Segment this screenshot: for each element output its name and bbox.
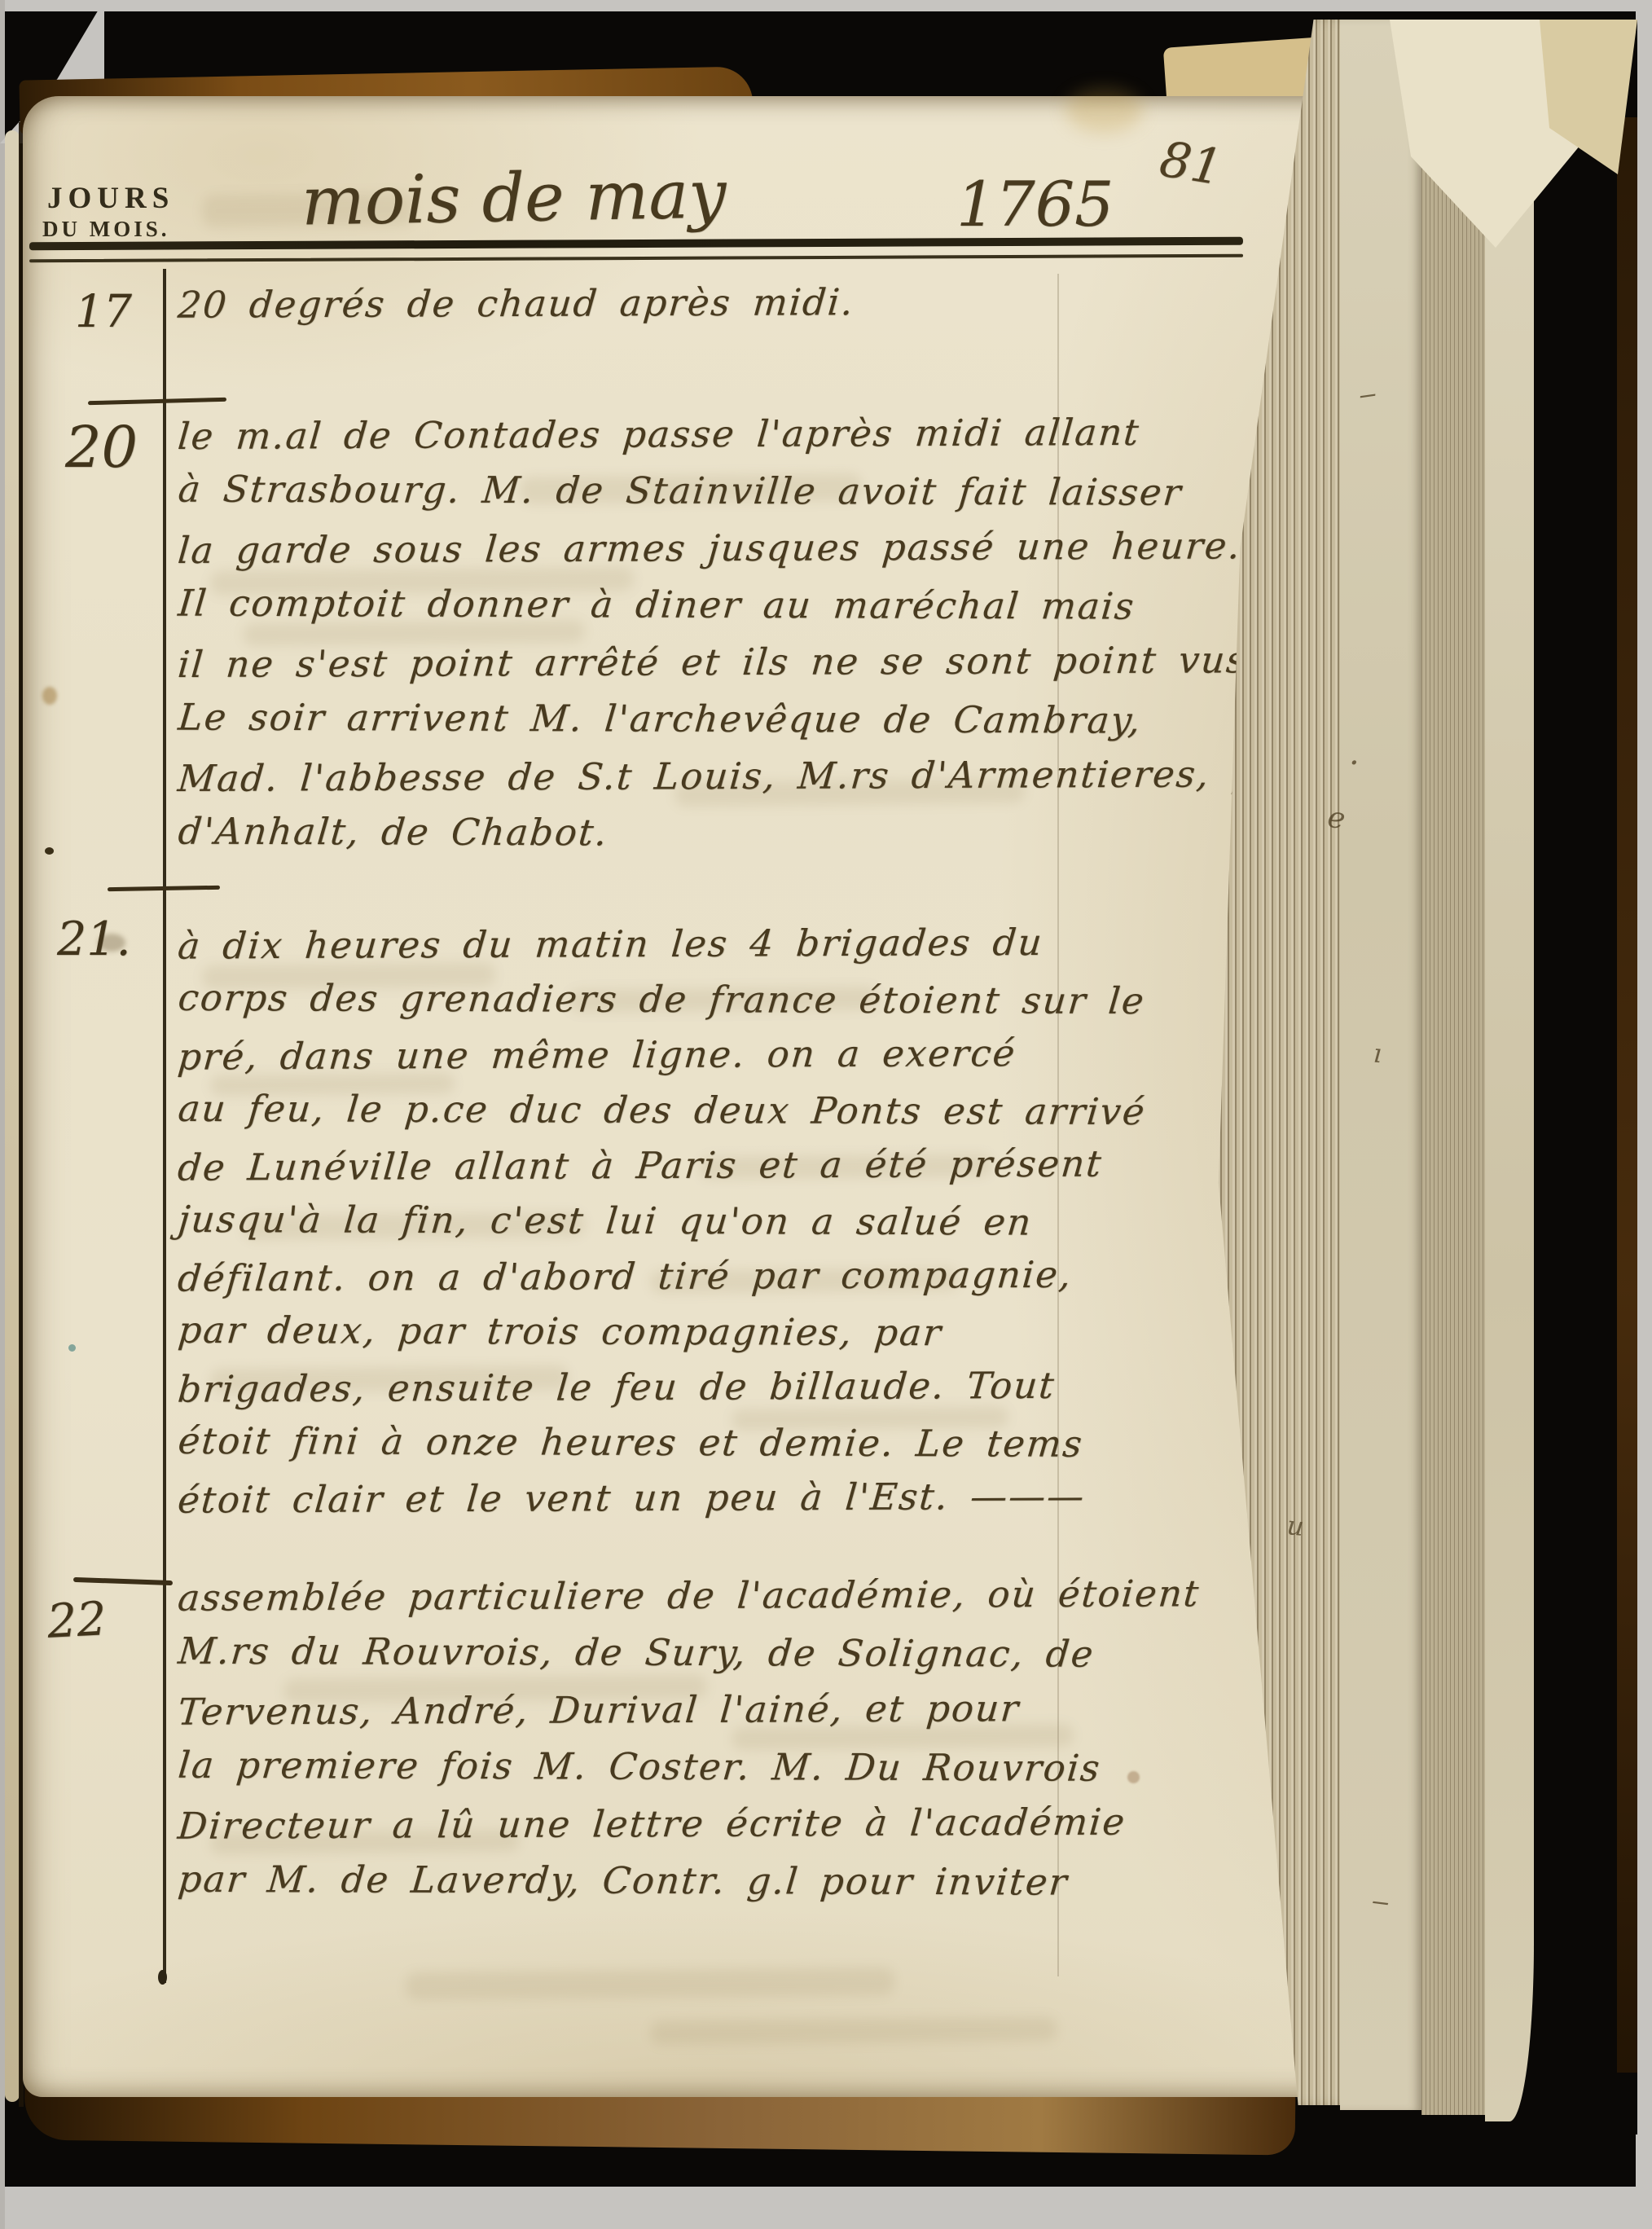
entry-text-line: de Lunéville allant à Paris et a été pré… [175, 1141, 1148, 1201]
bleed-through-mark [406, 1967, 894, 2000]
entry-text-line: à Strasbourg. M. de Stainville avoit fai… [175, 468, 1317, 529]
journal-entry-day-20: le m.al de Contades passe l'après midi a… [178, 412, 1315, 868]
entry-divider-tick [73, 1577, 173, 1585]
ink-speck [45, 847, 54, 855]
month-title: mois de may [301, 156, 727, 240]
entry-text-line: le m.al de Contades passe l'après midi a… [175, 410, 1317, 472]
journal-entry-day-22: assemblée particuliere de l'académie, où… [178, 1574, 1199, 1916]
day-number: 17 [75, 285, 132, 337]
year: 1765 [956, 168, 1114, 240]
stray-ink-mark: · [1349, 745, 1360, 782]
header-double-rule [29, 237, 1243, 263]
entry-text-line: 20 degrés de chaud après midi. [175, 280, 856, 341]
entry-text-line: pré, dans une même ligne. on a exercé [175, 1031, 1148, 1090]
page-number: 81 [1156, 130, 1226, 196]
day-column-vertical-rule [163, 269, 166, 1983]
entry-text-line: la premiere fois M. Coster. M. Du Rouvro… [175, 1743, 1202, 1804]
rule-thin-line [29, 254, 1243, 263]
day-number: 21. [57, 912, 131, 966]
entry-text-line: d'Anhalt, de Chabot. [175, 810, 1317, 871]
entry-text-line: il ne s'est point arrêté et ils ne se so… [175, 638, 1317, 700]
entry-text-line: corps des grenadiers de france étoient s… [175, 976, 1148, 1035]
paper-stain [42, 687, 57, 705]
journal-entry-day-21: à dix heures du matin les 4 brigades duc… [178, 922, 1145, 1532]
scanner-edge-bottom [0, 2187, 1652, 2229]
page-edge-rough-band [1421, 20, 1485, 2115]
entry-text-line: par M. de Laverdy, Contr. g.l pour invit… [175, 1857, 1202, 1918]
outer-sheet-edge [1485, 20, 1534, 2121]
cover-spine-sliver [1617, 117, 1637, 2073]
stray-ink-mark: u [1285, 1510, 1305, 1542]
entry-text-line: au feu, le p.ce duc des deux Ponts est a… [175, 1087, 1148, 1145]
entry-text-line: à dix heures du matin les 4 brigades du [175, 920, 1148, 979]
entry-text-line: Il comptoit donner à diner au maréchal m… [175, 582, 1317, 643]
bleed-through-mark [650, 2016, 1057, 2045]
day-number: 20 [65, 414, 138, 481]
entry-text-line: assemblée particuliere de l'académie, où… [175, 1572, 1202, 1633]
entry-text-line: M.rs du Rouvrois, de Sury, de Solignac, … [175, 1629, 1202, 1690]
entry-text-line: la garde sous les armes jusques passé un… [175, 524, 1317, 586]
entry-text-line: Directeur a lû une lettre écrite à l'aca… [175, 1800, 1202, 1861]
scanned-manuscript-photo: JOURS DU MOIS. mois de may 1765 81 17 20… [0, 0, 1652, 2229]
scanner-edge-top [0, 0, 1652, 11]
entry-text-line: Tervenus, André, Durival l'ainé, et pour [175, 1686, 1202, 1747]
entry-text-line: Le soir arrivent M. l'archevêque de Camb… [175, 696, 1317, 757]
day-column-header-line2: DU MOIS. [42, 217, 170, 242]
blue-speck [68, 1344, 76, 1352]
vertical-rule-ink-blob [158, 1970, 167, 1985]
entry-text-line: jusqu'à la fin, c'est lui qu'on a salué … [175, 1198, 1148, 1256]
journal-entry-day-17: 20 degrés de chaud après midi. [178, 282, 854, 339]
entry-divider-tick [88, 398, 226, 405]
scanner-edge-right [1636, 0, 1652, 2229]
day-column-header-line1: JOURS [47, 181, 174, 216]
entry-text-line: défilant. on a d'abord tiré par compagni… [175, 1252, 1148, 1312]
underlying-page-edge [5, 130, 20, 2102]
entry-text-line: étoit fini à onze heures et demie. Le te… [175, 1419, 1148, 1478]
paper-stain [1065, 88, 1143, 133]
entry-text-line: Mad. l'abbesse de S.t Louis, M.rs d'Arme… [175, 752, 1317, 814]
entry-text-line: étoit clair et le vent un peu à l'Est. —… [175, 1474, 1148, 1533]
day-number: 22 [46, 1592, 108, 1649]
entry-text-line: brigades, ensuite le feu de billaude. To… [175, 1363, 1148, 1422]
manuscript-page: JOURS DU MOIS. mois de may 1765 81 17 20… [23, 96, 1351, 2097]
entry-text-line: par deux, par trois compagnies, par [175, 1308, 1148, 1367]
